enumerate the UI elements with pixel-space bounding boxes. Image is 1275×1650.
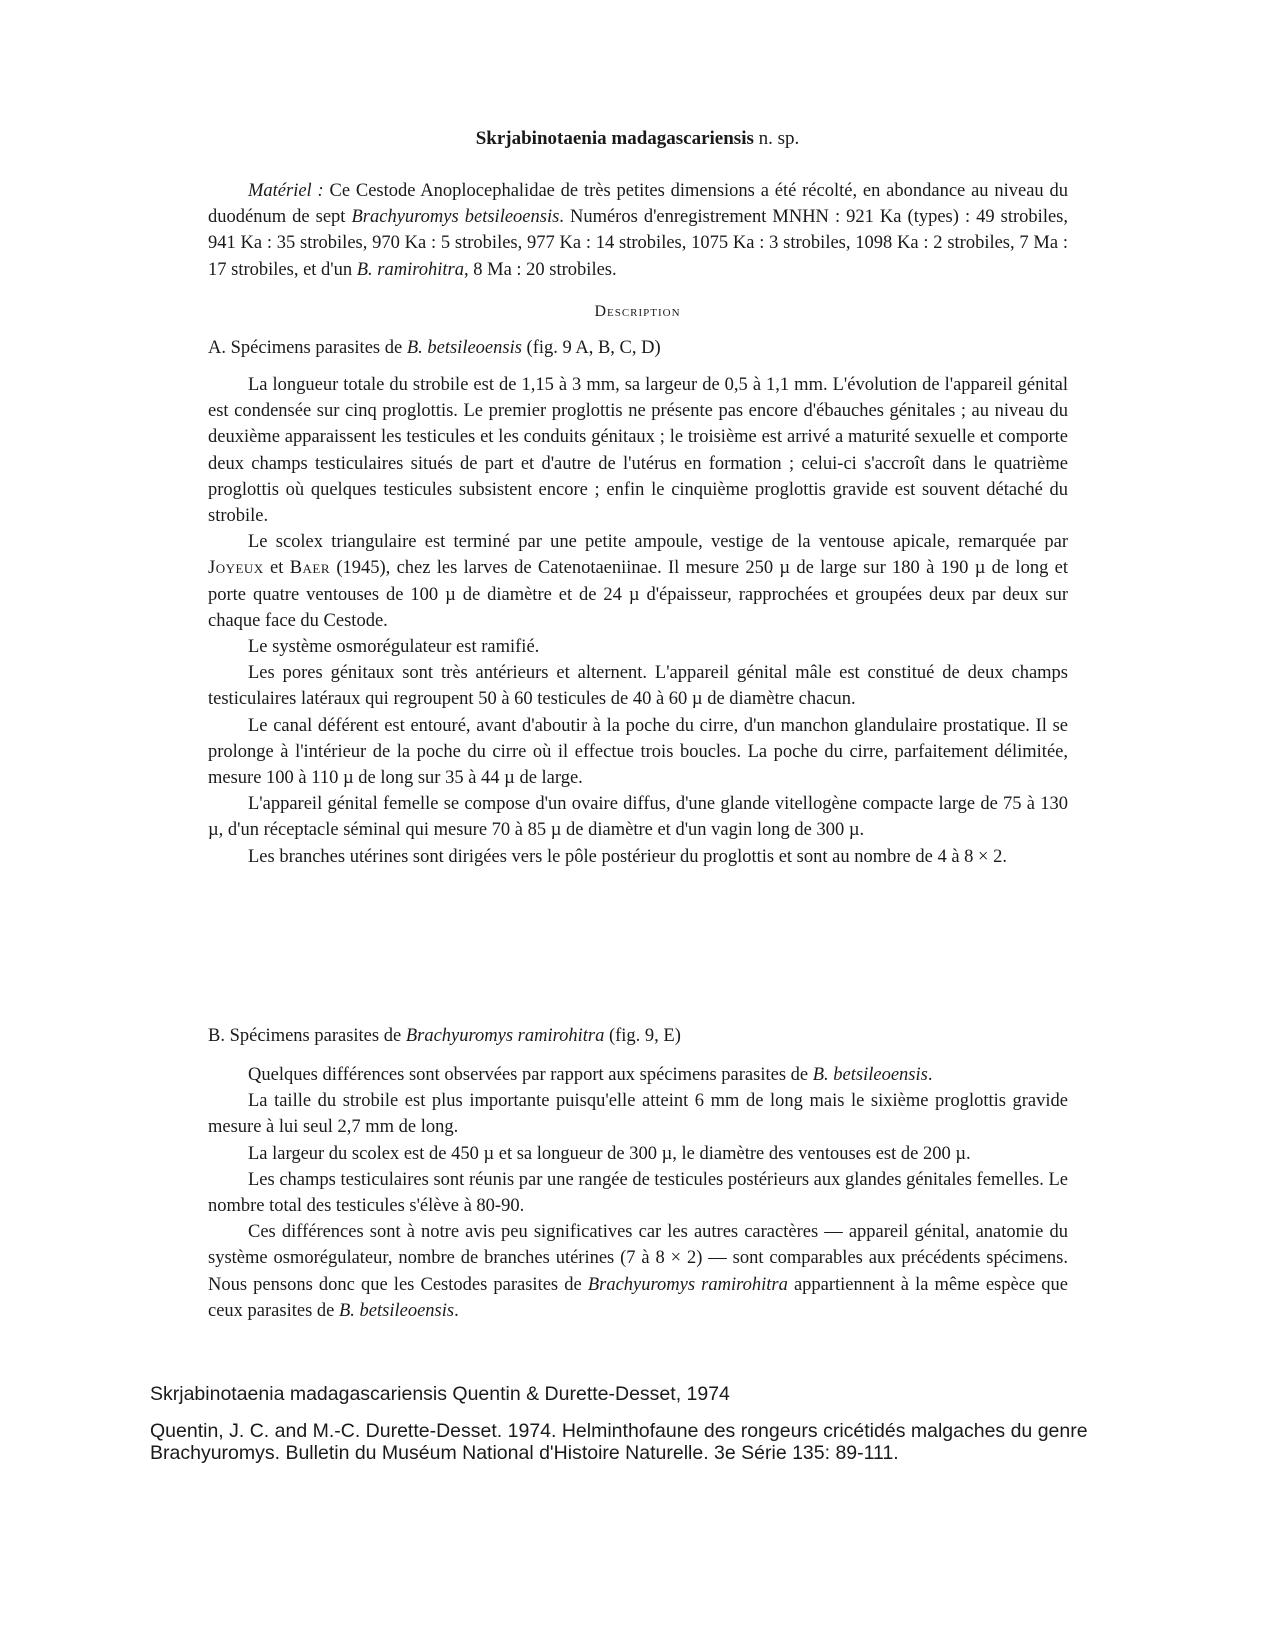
materiel-text: , 8 Ma : 20 strobiles. bbox=[464, 260, 617, 280]
section-a-body: La longueur totale du strobile est de 1,… bbox=[208, 372, 1068, 870]
author-name: Baer bbox=[290, 558, 330, 578]
description-heading: Description bbox=[0, 303, 1275, 321]
paragraph: Le canal déférent est entouré, avant d'a… bbox=[208, 713, 1068, 792]
paragraph: La longueur totale du strobile est de 1,… bbox=[208, 372, 1068, 529]
host-name: B. betsileoensis bbox=[339, 1301, 454, 1321]
text: . bbox=[454, 1301, 459, 1321]
text: . bbox=[928, 1065, 933, 1085]
heading-text: A. Spécimens parasites de bbox=[208, 338, 407, 358]
paragraph-conclusion: Ces différences sont à notre avis peu si… bbox=[208, 1219, 1068, 1324]
host-name: B. betsileoensis bbox=[407, 338, 522, 358]
host-name: B. betsileoensis bbox=[813, 1065, 928, 1085]
paragraph: Les pores génitaux sont très antérieurs … bbox=[208, 660, 1068, 712]
paragraph: Les branches utérines sont dirigées vers… bbox=[208, 844, 1068, 870]
title-suffix: n. sp. bbox=[754, 128, 799, 149]
host-name: Brachyuromys ramirohitra bbox=[406, 1026, 605, 1046]
materiel-paragraph: Matériel : Ce Cestode Anoplocephalidae d… bbox=[208, 178, 1068, 283]
heading-text: B. Spécimens parasites de bbox=[208, 1026, 406, 1046]
section-a-heading: A. Spécimens parasites de B. betsileoens… bbox=[208, 338, 661, 359]
paragraph: La largeur du scolex est de 450 µ et sa … bbox=[208, 1141, 1068, 1167]
paragraph: Les champs testiculaires sont réunis par… bbox=[208, 1167, 1068, 1219]
paragraph: Le système osmorégulateur est ramifié. bbox=[208, 634, 1068, 660]
text: Quelques différences sont observées par … bbox=[248, 1065, 813, 1085]
paragraph-intro: Quelques différences sont observées par … bbox=[208, 1062, 1068, 1088]
host-name: Brachyuromys betsileoensis bbox=[352, 207, 560, 227]
materiel-label: Matériel : bbox=[248, 181, 324, 201]
text: (1945), chez les larves de Catenotaeniin… bbox=[208, 558, 1068, 630]
page-title: Skrjabinotaenia madagascariensis n. sp. bbox=[0, 128, 1275, 150]
paragraph: La taille du strobile est plus important… bbox=[208, 1088, 1068, 1140]
title-species: Skrjabinotaenia madagascariensis bbox=[476, 128, 754, 149]
heading-text: (fig. 9, E) bbox=[604, 1026, 681, 1046]
section-b-heading: B. Spécimens parasites de Brachyuromys r… bbox=[208, 1026, 681, 1047]
heading-text: (fig. 9 A, B, C, D) bbox=[522, 338, 661, 358]
paragraph: L'appareil génital femelle se compose d'… bbox=[208, 791, 1068, 843]
footer-citation: Quentin, J. C. and M.-C. Durette-Desset.… bbox=[150, 1420, 1110, 1464]
host-name: Brachyuromys ramirohitra bbox=[588, 1275, 788, 1295]
author-name: Joyeux bbox=[208, 558, 264, 578]
section-b-body: Quelques différences sont observées par … bbox=[208, 1062, 1068, 1324]
document-page: Skrjabinotaenia madagascariensis n. sp. … bbox=[0, 0, 1275, 1650]
host-name: B. ramirohitra bbox=[357, 260, 464, 280]
text: Le scolex triangulaire est terminé par u… bbox=[248, 532, 1068, 552]
paragraph-scolex: Le scolex triangulaire est terminé par u… bbox=[208, 529, 1068, 634]
footer-species-line: Skrjabinotaenia madagascariensis Quentin… bbox=[150, 1383, 730, 1406]
text: et bbox=[264, 558, 290, 578]
